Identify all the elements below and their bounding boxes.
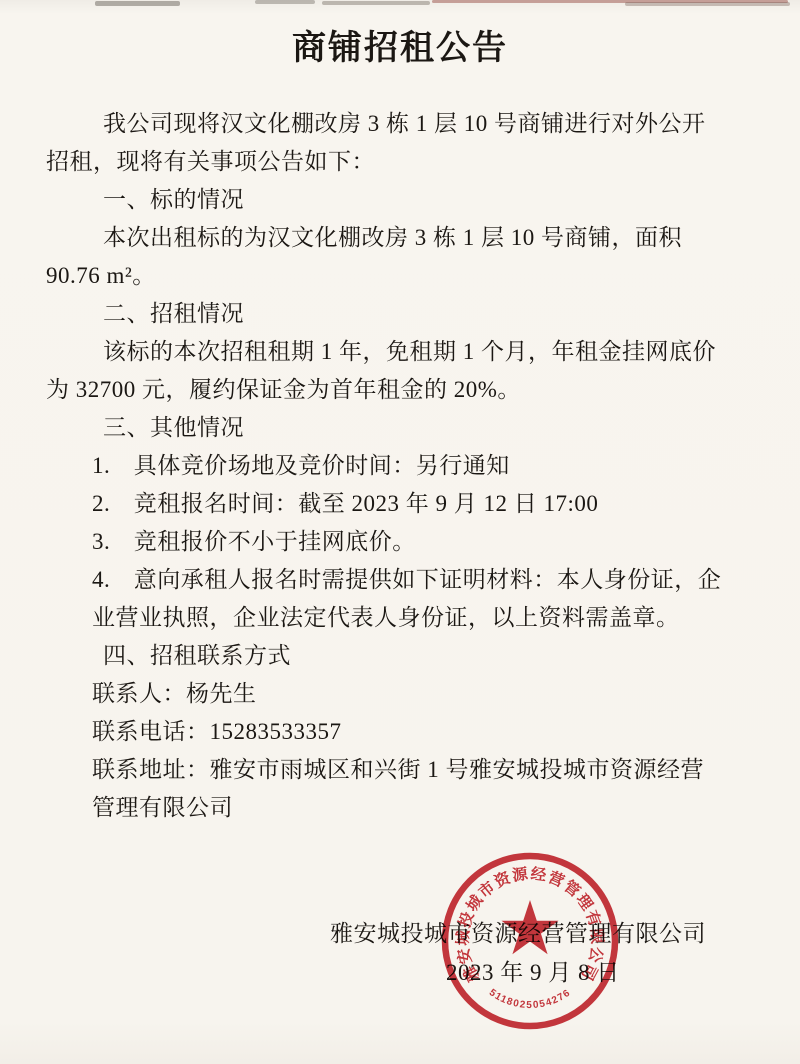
seal-serial-number: 5118025054276 [487, 987, 573, 1011]
scan-artifact [322, 1, 430, 5]
scan-artifact [255, 0, 315, 4]
company-seal: 雅安城投城市资源经营管理有限公司 5118025054276 [435, 846, 625, 1036]
seal-star-icon [502, 900, 559, 954]
doc-line: 四、招租联系方式 [46, 637, 750, 675]
doc-line: 我公司现将汉文化棚改房 3 栋 1 层 10 号商铺进行对外公开 [46, 105, 750, 143]
doc-line: 90.76 m²。 [46, 257, 750, 295]
document-title: 商铺招租公告 [0, 26, 800, 70]
doc-line: 1. 具体竞价场地及竞价时间：另行通知 [46, 447, 750, 485]
document-body: 我公司现将汉文化棚改房 3 栋 1 层 10 号商铺进行对外公开招租，现将有关事… [46, 105, 750, 827]
doc-line: 4. 意向承租人报名时需提供如下证明材料：本人身份证，企 [46, 561, 750, 599]
doc-line: 联系电话：15283533357 [46, 713, 750, 751]
doc-line: 为 32700 元，履约保证金为首年租金的 20%。 [46, 371, 750, 409]
doc-line: 一、标的情况 [46, 181, 750, 219]
scanned-document-page: 商铺招租公告 我公司现将汉文化棚改房 3 栋 1 层 10 号商铺进行对外公开招… [0, 0, 800, 1064]
doc-line: 二、招租情况 [46, 295, 750, 333]
doc-line: 联系人：杨先生 [46, 675, 750, 713]
doc-line: 联系地址：雅安市雨城区和兴街 1 号雅安城投城市资源经营 [46, 751, 750, 789]
doc-line: 业营业执照，企业法定代表人身份证，以上资料需盖章。 [46, 599, 750, 637]
scan-artifact [625, 2, 790, 6]
doc-line: 招租，现将有关事项公告如下： [46, 143, 750, 181]
doc-line: 3. 竞租报价不小于挂网底价。 [46, 523, 750, 561]
doc-line: 2. 竞租报名时间：截至 2023 年 9 月 12 日 17:00 [46, 485, 750, 523]
doc-line: 该标的本次招租租期 1 年，免租期 1 个月，年租金挂网底价 [46, 333, 750, 371]
doc-line: 管理有限公司 [46, 789, 750, 827]
doc-line: 本次出租标的为汉文化棚改房 3 栋 1 层 10 号商铺，面积 [46, 219, 750, 257]
scan-artifact [95, 1, 180, 6]
doc-line: 三、其他情况 [46, 409, 750, 447]
